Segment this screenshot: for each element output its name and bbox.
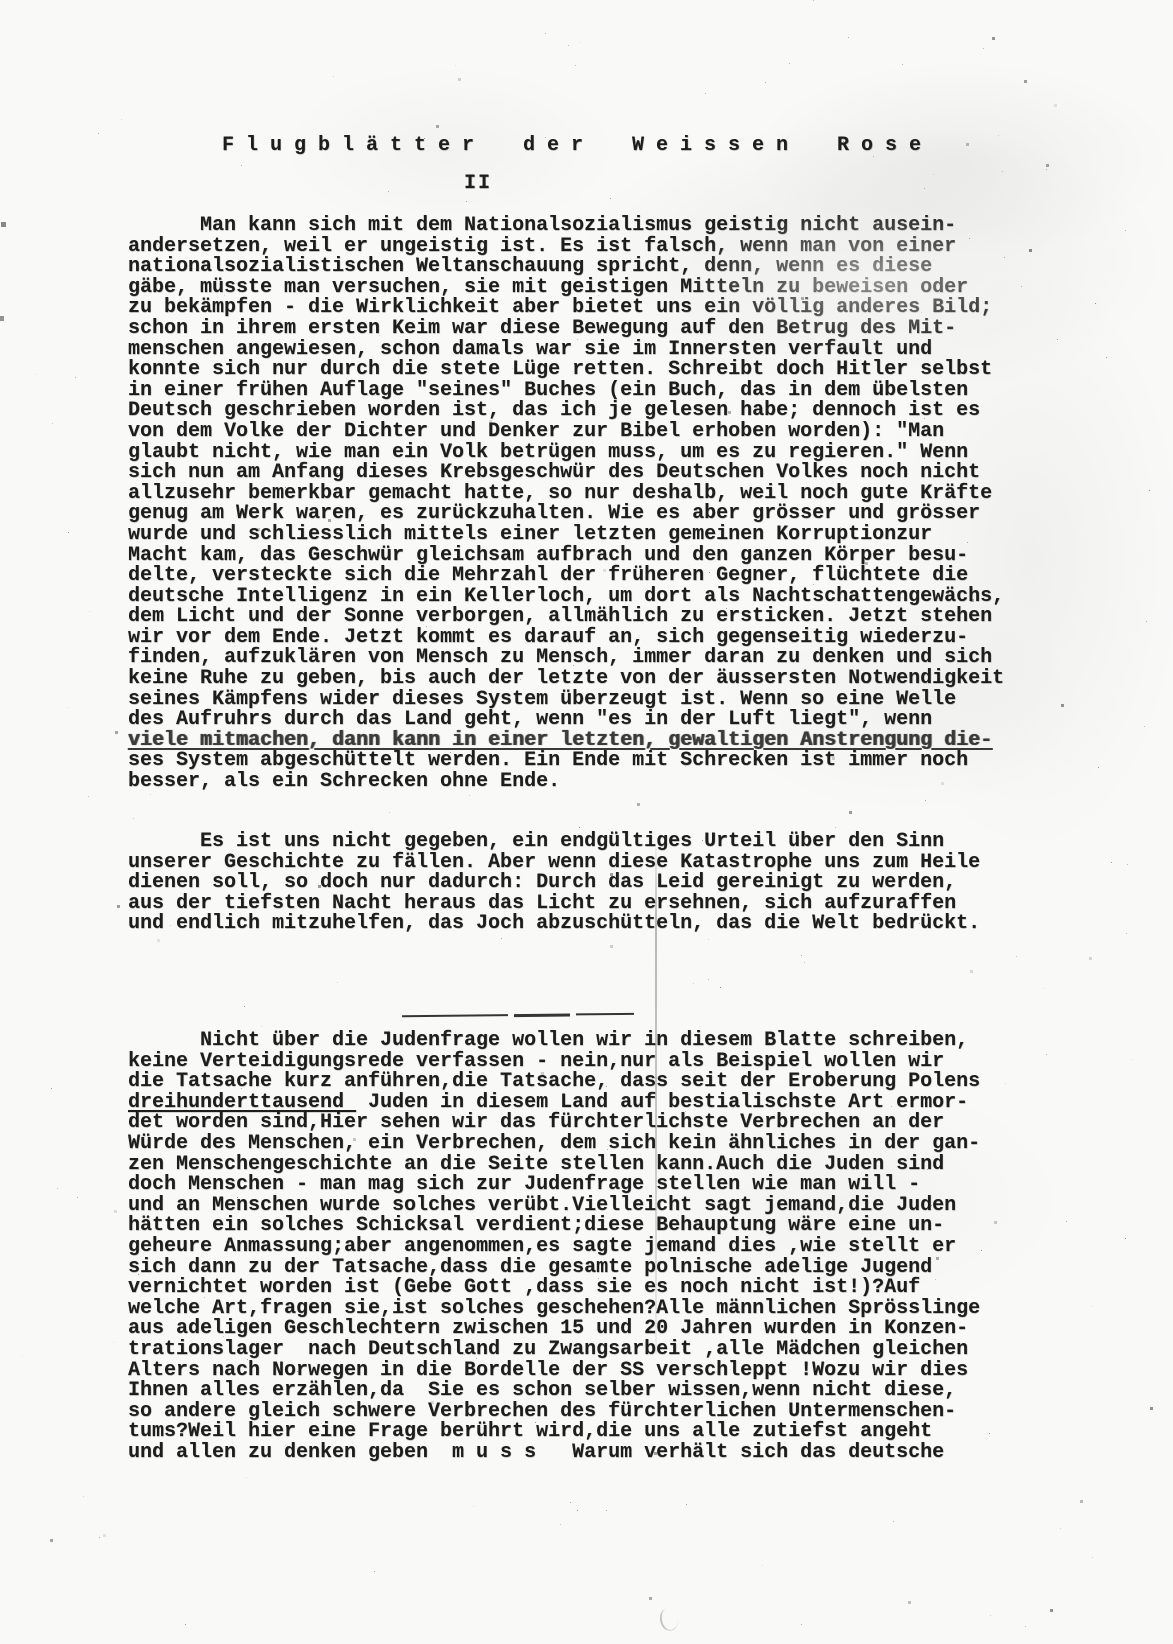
text-line: so andere gleich schwere Verbrechen des … — [128, 1402, 1048, 1423]
text-line: genug am Werk waren, es zurückzuhalten. … — [128, 504, 1048, 525]
text-line: Deutsch geschrieben worden ist, das ich … — [128, 401, 1048, 422]
smudge-mark — [658, 1606, 680, 1632]
text-line: sich dann zu der Tatsache,dass die gesam… — [128, 1258, 1048, 1279]
divider-segment — [576, 1013, 634, 1016]
text-line: keine Verteidigungsrede verfassen - nein… — [128, 1052, 1048, 1073]
text-line: schon in ihrem ersten Keim war diese Bew… — [128, 319, 1048, 340]
text-line: nationalsozialistischen Weltanschauung s… — [128, 257, 1048, 278]
document-subtitle: II — [448, 172, 508, 195]
text-line: wurde und schliesslich mittels einer let… — [128, 525, 1048, 546]
text-line: delte, versteckte sich die Mehrzahl der … — [128, 566, 1048, 587]
text-line: menschen angewiesen, schon damals war si… — [128, 340, 1048, 361]
text-line: Man kann sich mit dem Nationalsozialismu… — [128, 216, 1048, 237]
text-line: und endlich mitzuhelfen, das Joch abzusc… — [128, 914, 1048, 935]
text-line: dienen soll, so doch nur dadurch: Durch … — [128, 873, 1048, 894]
text-line: in einer frühen Auflage "seines" Buches … — [128, 381, 1048, 402]
text-line: die Tatsache kurz anführen,die Tatsache,… — [128, 1072, 1048, 1093]
text-line: det worden sind,Hier sehen wir das fürch… — [128, 1113, 1048, 1134]
section-divider — [402, 1013, 642, 1022]
text-line: zu bekämpfen - die Wirklichkeit aber bie… — [128, 298, 1048, 319]
divider-segment — [402, 1014, 508, 1017]
text-line: von dem Volke der Dichter und Denker zur… — [128, 422, 1048, 443]
text-line: Nicht über die Judenfrage wollen wir in … — [128, 1031, 1048, 1052]
text-line: viele mitmachen, dann kann in einer letz… — [128, 731, 1048, 752]
text-line: und allen zu denken geben m u s s Warum … — [128, 1443, 1048, 1464]
text-line: wir vor dem Ende. Jetzt kommt es darauf … — [128, 628, 1048, 649]
text-line: keine Ruhe zu geben, bis auch der letzte… — [128, 669, 1048, 690]
scan-noise-layer — [0, 0, 1, 1]
text-line: gäbe, müsste man versuchen, sie mit geis… — [128, 278, 1048, 299]
text-line: doch Menschen - man mag sich zur Judenfr… — [128, 1175, 1048, 1196]
text-line: deutsche Intelligenz in ein Kellerloch, … — [128, 587, 1048, 608]
text-line: Macht kam, das Geschwür gleichsam aufbra… — [128, 546, 1048, 567]
text-line: seines Kämpfens wider dieses System über… — [128, 690, 1048, 711]
text-line: und an Menschen wurde solches verübt.Vie… — [128, 1196, 1048, 1217]
paragraph-2: Es ist uns nicht gegeben, ein endgültige… — [128, 832, 1048, 935]
text-line: finden, aufzuklären von Mensch zu Mensch… — [128, 648, 1048, 669]
text-line: Würde des Menschen, ein Verbrechen, dem … — [128, 1134, 1048, 1155]
text-line: glaubt nicht, wie man ein Volk betrügen … — [128, 443, 1048, 464]
paragraph-3: Nicht über die Judenfrage wollen wir in … — [128, 1031, 1048, 1463]
text-line: ses System abgeschüttelt werden. Ein End… — [128, 751, 1048, 772]
text-line: hätten ein solches Schicksal verdient;di… — [128, 1216, 1048, 1237]
text-line: tums?Weil hier eine Frage berührt wird,d… — [128, 1422, 1048, 1443]
text-line: trationslager nach Deutschland zu Zwangs… — [128, 1340, 1048, 1361]
text-line: besser, als ein Schrecken ohne Ende. — [128, 772, 1048, 793]
text-line: des Aufruhrs durch das Land geht, wenn "… — [128, 710, 1048, 731]
text-line: vernichtet worden ist (Gebe Gott ,dass s… — [128, 1278, 1048, 1299]
text-line: welche Art,fragen sie,ist solches gesche… — [128, 1299, 1048, 1320]
text-line: zen Menschengeschichte an die Seite stel… — [128, 1155, 1048, 1176]
text-line: aus der tiefsten Nacht heraus das Licht … — [128, 894, 1048, 915]
text-line: Ihnen alles erzählen,da Sie es schon sel… — [128, 1381, 1048, 1402]
text-line: unserer Geschichte zu fällen. Aber wenn … — [128, 853, 1048, 874]
text-line: andersetzen, weil er ungeistig ist. Es i… — [128, 237, 1048, 258]
text-line: sich nun am Anfang dieses Krebsgeschwür … — [128, 463, 1048, 484]
scanned-leaflet-page: Flugblätter der Weissen Rose II Man kann… — [0, 0, 1173, 1644]
text-line: Es ist uns nicht gegeben, ein endgültige… — [128, 832, 1048, 853]
text-line: geheure Anmassung;aber angenommen,es sag… — [128, 1237, 1048, 1258]
text-line: aus adeligen Geschlechtern zwischen 15 u… — [128, 1319, 1048, 1340]
document-title: Flugblätter der Weissen Rose — [222, 134, 933, 157]
text-line: allzusehr bemerkbar gemacht hatte, so nu… — [128, 484, 1048, 505]
divider-segment — [514, 1013, 570, 1017]
paragraph-1: Man kann sich mit dem Nationalsozialismu… — [128, 216, 1048, 793]
text-line: konnte sich nur durch die stete Lüge ret… — [128, 360, 1048, 381]
text-line: dem Licht und der Sonne verborgen, allmä… — [128, 607, 1048, 628]
text-line: Alters nach Norwegen in die Bordelle der… — [128, 1361, 1048, 1382]
text-line: dreihunderttausend Juden in diesem Land … — [128, 1093, 1048, 1114]
